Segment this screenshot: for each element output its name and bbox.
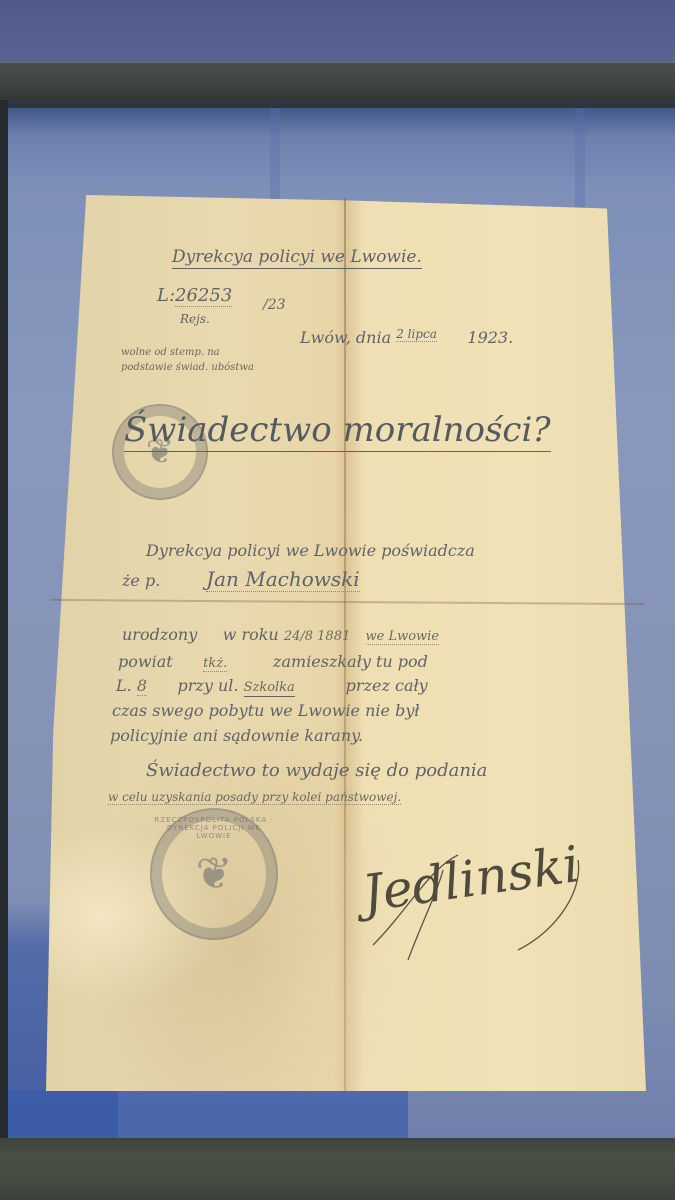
district-value: tkż. xyxy=(203,656,227,672)
reference-number: L:26253 xyxy=(157,285,232,306)
frame-top-bar xyxy=(0,62,675,103)
born-label: urodzony xyxy=(122,625,197,644)
body-line-4: powiat tkż. zamieszkały tu pod xyxy=(118,652,428,671)
eagle-emblem-icon: ❦ xyxy=(196,849,233,900)
date-day-month: 2 lipca xyxy=(396,327,437,342)
body-line-7: policyjnie ani sądownie karany. xyxy=(110,726,363,745)
place-and-date: Lwów, dnia 2 lipca 1923. xyxy=(300,328,513,347)
reference-department: Rejs. xyxy=(180,312,210,326)
residence-label: zamieszkały xyxy=(273,652,371,671)
person-name: Jan Machowski xyxy=(206,567,360,592)
reference-year: /23 xyxy=(263,297,286,313)
frame-left-bar xyxy=(0,100,8,1140)
street-label: przy ul. xyxy=(178,676,239,695)
street-value: Szkolka xyxy=(244,680,295,697)
margin-note-line-1: wolne od stemp. na xyxy=(121,347,220,358)
body-line-9-purpose: w celu uzyskania posady przy kolei państ… xyxy=(108,790,401,805)
date-year: 1923. xyxy=(467,328,513,347)
district-label: powiat xyxy=(118,652,173,671)
lower-police-seal: RZECZPOSPOLITA POLSKA · DYREKCJA POLICJI… xyxy=(150,808,278,940)
body-line-3: urodzony w roku 24/8 1881 we Lwowie xyxy=(122,625,439,644)
residence-value: tu pod xyxy=(376,652,428,671)
house-number: 8 xyxy=(137,676,147,696)
reference-value: 26253 xyxy=(175,285,232,307)
body-line-1: Dyrekcya policyi we Lwowie poświadcza xyxy=(146,541,475,560)
body-line-8: Świadectwo to wydaje się do podania xyxy=(146,760,487,781)
place-label: Lwów, dnia xyxy=(300,328,391,347)
glass-reflection-bottom xyxy=(8,1090,408,1138)
birth-date: 24/8 1881 xyxy=(284,629,350,644)
margin-note-line-2: podstawie świad. ubóstwa xyxy=(121,362,254,373)
year-label: w roku xyxy=(223,625,279,644)
line2-prefix: że p. xyxy=(122,571,160,590)
document-title: Świadectwo moralności? xyxy=(124,410,551,452)
reference-prefix: L: xyxy=(157,285,175,306)
seal-ring-text: RZECZPOSPOLITA POLSKA · DYREKCJA POLICJI… xyxy=(152,816,276,840)
body-line-5: L. 8 przy ul. Szkolka przez cały xyxy=(116,676,428,695)
line5-suffix: przez cały xyxy=(346,676,428,695)
number-label: L. xyxy=(116,676,132,695)
birth-place: we Lwowie xyxy=(366,629,440,645)
glass-reflection xyxy=(575,108,585,218)
body-line-6: czas swego pobytu we Lwowie nie był xyxy=(112,701,420,720)
issuing-office-header: Dyrekcya policyi we Lwowie. xyxy=(172,247,422,269)
frame-bottom-bar xyxy=(0,1138,675,1200)
body-line-2: że p. Jan Machowski xyxy=(122,567,360,591)
